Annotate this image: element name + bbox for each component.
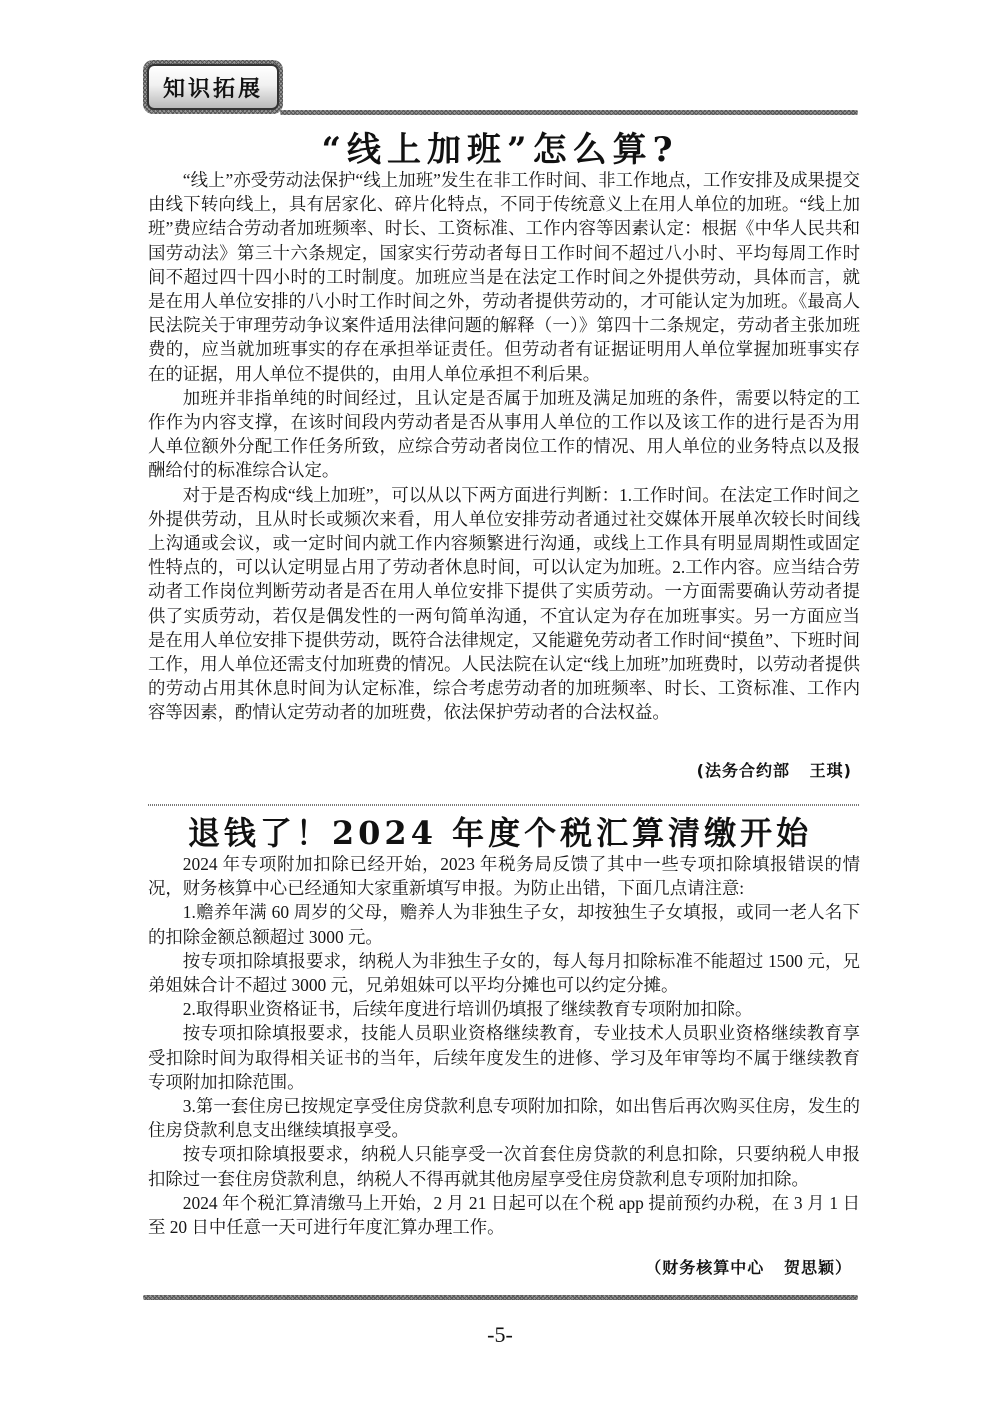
byline-author: （财务核算中心 贺思颖）: [645, 1255, 852, 1278]
paragraph: 2024 年个税汇算清缴马上开始，2 月 21 日起可以在个税 app 提前预约…: [148, 1191, 860, 1239]
paragraph: 加班并非指单纯的时间经过，且认定是否属于加班及满足加班的条件，需要以特定的工作作…: [148, 386, 860, 483]
paragraph: 2024 年专项附加扣除已经开始，2023 年税务局反馈了其中一些专项扣除填报错…: [148, 852, 860, 900]
footer-divider: [143, 1295, 858, 1300]
paragraph: 按专项扣除填报要求，技能人员职业资格继续教育，专业技术人员职业资格继续教育享受扣…: [148, 1021, 860, 1094]
paragraph: 按专项扣除填报要求，纳税人只能享受一次首套住房贷款的利息扣除，只要纳税人申报扣除…: [148, 1142, 860, 1190]
article-title-tax: 退钱了！2024 年度个税汇算清缴开始: [140, 808, 860, 854]
paragraph: 1.赡养年满 60 周岁的父母，赡养人为非独生子女，却按独生子女填报，或同一老人…: [148, 900, 860, 948]
article-title-overtime: “线上加班”怎么算?: [140, 122, 860, 171]
article-body-tax: 2024 年专项附加扣除已经开始，2023 年税务局反馈了其中一些专项扣除填报错…: [148, 852, 860, 1239]
paragraph: 按专项扣除填报要求，纳税人为非独生子女的，每人每月扣除标准不能超过 1500 元…: [148, 949, 860, 997]
paragraph: 3.第一套住房已按规定享受住房贷款利息专项附加扣除，如出售后再次购买住房，发生的…: [148, 1094, 860, 1142]
paragraph: 2.取得职业资格证书，后续年度进行培训仍填报了继续教育专项附加扣除。: [148, 997, 860, 1021]
article-body-overtime: “线上”亦受劳动法保护“线上加班”发生在非工作时间、非工作地点，工作安排及成果提…: [148, 168, 860, 725]
page-number: -5-: [0, 1322, 1000, 1348]
byline-author: (法务合约部 王琪): [697, 758, 852, 781]
paragraph: “线上”亦受劳动法保护“线上加班”发生在非工作时间、非工作地点，工作安排及成果提…: [148, 168, 860, 386]
section-label: 知识拓展: [147, 64, 279, 110]
article-divider: [148, 804, 860, 806]
header-divider: [280, 110, 858, 115]
section-tab: 知识拓展: [143, 60, 283, 114]
paragraph: 对于是否构成“线上加班”，可以从以下两方面进行判断：1.工作时间。在法定工作时间…: [148, 483, 860, 725]
